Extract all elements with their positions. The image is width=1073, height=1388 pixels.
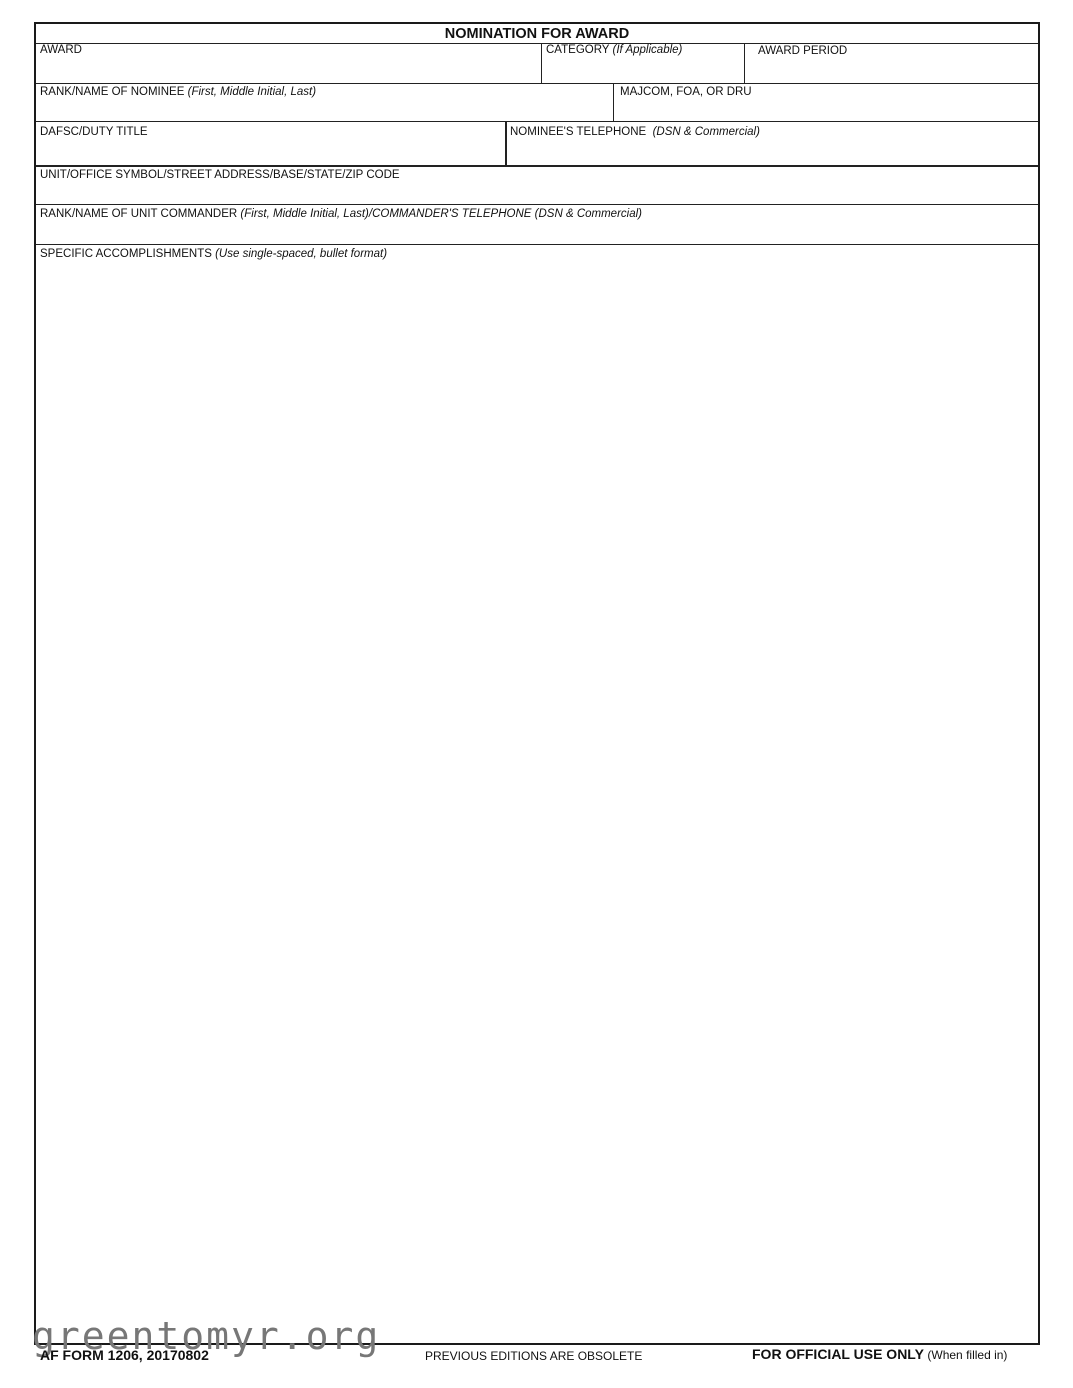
award-label: AWARD: [36, 42, 541, 58]
nomination-form: NOMINATION FOR AWARD AWARD CATEGORY (If …: [34, 22, 1040, 1345]
category-input[interactable]: [546, 60, 744, 82]
dafsc-label: DAFSC/DUTY TITLE: [36, 124, 505, 140]
majcom-label: MAJCOM, FOA, OR DRU: [616, 84, 1036, 100]
divider: [36, 244, 1038, 245]
category-label: CATEGORY (If Applicable): [542, 42, 744, 58]
majcom-input[interactable]: [620, 100, 1038, 120]
accomplishments-textarea[interactable]: [40, 264, 1036, 1343]
nominee-phone-input[interactable]: [512, 141, 1036, 163]
unit-address-label: UNIT/OFFICE SYMBOL/STREET ADDRESS/BASE/S…: [36, 167, 1036, 183]
form-title: NOMINATION FOR AWARD: [36, 24, 1038, 44]
editions-notice: PREVIOUS EDITIONS ARE OBSOLETE: [425, 1349, 642, 1363]
commander-label: RANK/NAME OF UNIT COMMANDER (First, Midd…: [36, 206, 1036, 222]
nominee-name-input[interactable]: [40, 100, 612, 120]
commander-input[interactable]: [40, 222, 1036, 242]
nominee-phone-label: NOMINEE'S TELEPHONE (DSN & Commercial): [506, 124, 1036, 140]
award-period-label: AWARD PERIOD: [754, 43, 1034, 59]
divider: [36, 204, 1038, 205]
fouo-notice: FOR OFFICIAL USE ONLY (When filled in): [752, 1346, 1007, 1362]
divider: [36, 121, 1038, 122]
divider: [613, 84, 614, 122]
dafsc-input[interactable]: [40, 141, 504, 163]
award-period-input[interactable]: [750, 60, 1038, 82]
accomplishments-label: SPECIFIC ACCOMPLISHMENTS (Use single-spa…: [36, 246, 1036, 262]
unit-address-input[interactable]: [40, 183, 1036, 203]
divider: [744, 43, 745, 84]
award-input[interactable]: [40, 60, 539, 82]
nominee-name-label: RANK/NAME OF NOMINEE (First, Middle Init…: [36, 84, 613, 100]
form-id: AF FORM 1206, 20170802: [40, 1347, 209, 1363]
